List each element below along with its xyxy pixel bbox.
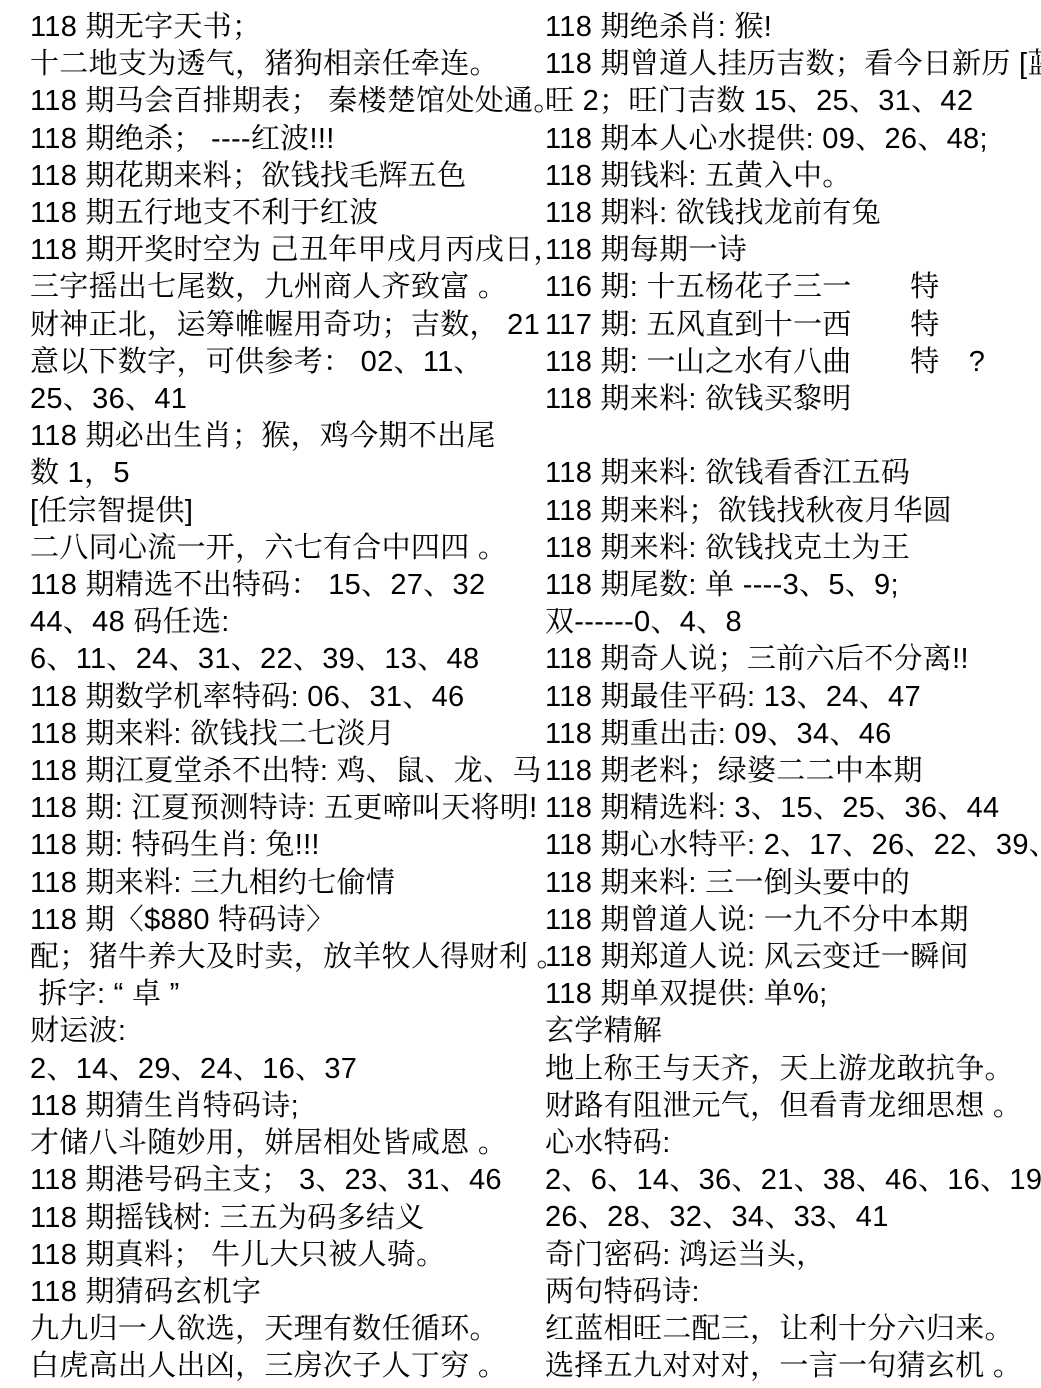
text-line: 二八同心流一开，六七有合中四四 。	[30, 530, 530, 567]
text-line: 118 期钱料: 五黄入中。	[545, 158, 1037, 195]
text-line: 118 期: 江夏预测特诗: 五更啼叫天将明!	[30, 790, 530, 827]
text-line: [任宗智提供]	[30, 493, 530, 530]
text-line: 十二地支为透气，猪狗相亲任牵连。	[30, 46, 530, 83]
text-line: 三字摇出七尾数，九州商人齐致富 。	[30, 269, 530, 306]
text-line: 118 期〈$880 特码诗〉	[30, 902, 530, 939]
text-line: 118 期老料；绿婆二二中本期	[545, 753, 1037, 790]
text-line: 白虎高出人出凶，三房次子人丁穷 。	[30, 1348, 530, 1385]
left-column: 118 期无字天书；十二地支为透气，猪狗相亲任牵连。118 期马会百排期表； 秦…	[30, 9, 530, 1386]
text-line: 117 期: 五风直到十一西 特	[545, 307, 1037, 344]
text-line: 奇门密码: 鸿运当头，	[545, 1237, 1037, 1274]
text-line: 118 期奇人说；三前六后不分离!!	[545, 641, 1037, 678]
text-line: 财神正北，运筹帷幄用奇功；吉数， 21	[30, 307, 530, 344]
text-line: 118 期曾道人挂历吉数；看今日新历 [蓝波	[545, 46, 1037, 83]
text-line: 双------0、4、8	[545, 604, 1037, 641]
text-line: 118 期开奖时空为 己丑年甲戌月丙戌日，	[30, 232, 530, 269]
text-line: 25、36、41	[30, 381, 530, 418]
text-line: 118 期猜生肖特码诗;	[30, 1088, 530, 1125]
text-line: 118 期精选料: 3、15、25、36、44	[545, 790, 1037, 827]
text-line: 118 期每期一诗	[545, 232, 1037, 269]
text-line: 旺 2；旺门吉数 15、25、31、42	[545, 83, 1037, 120]
text-line: 拆字: “ 卓 ”	[30, 976, 530, 1013]
text-line: 118 期绝杀肖: 猴!	[545, 9, 1037, 46]
text-line: 118 期单双提供: 单%;	[545, 976, 1037, 1013]
text-line: 118 期尾数: 单 ----3、5、9;	[545, 567, 1037, 604]
text-line: 118 期绝杀； ----红波!!!	[30, 121, 530, 158]
text-line: 118 期江夏堂杀不出特: 鸡、鼠、龙、马	[30, 753, 530, 790]
text-line	[545, 418, 1037, 455]
text-line: 118 期数学机率特码: 06、31、46	[30, 679, 530, 716]
text-line: 118 期曾道人说: 一九不分中本期	[545, 902, 1037, 939]
text-line: 118 期五行地支不利于红波	[30, 195, 530, 232]
text-line: 2、14、29、24、16、37	[30, 1051, 530, 1088]
text-line: 118 期心水特平: 2、17、26、22、39、45。	[545, 827, 1037, 864]
text-line: 两句特码诗:	[545, 1274, 1037, 1311]
text-line: 才储八斗随妙用，姘居相处皆咸恩 。	[30, 1125, 530, 1162]
right-column: 118 期绝杀肖: 猴!118 期曾道人挂历吉数；看今日新历 [蓝波旺 2；旺门…	[545, 9, 1037, 1386]
text-line: 118 期真料； 牛儿大只被人骑。	[30, 1237, 530, 1274]
text-line: 118 期马会百排期表； 秦楼楚馆处处通。	[30, 83, 530, 120]
text-line: 116 期: 十五杨花子三一 特	[545, 269, 1037, 306]
text-line: 118 期本人心水提供: 09、26、48;	[545, 121, 1037, 158]
text-line: 118 期摇钱树: 三五为码多结义	[30, 1200, 530, 1237]
text-line: 26、28、32、34、33、41	[545, 1199, 1037, 1236]
text-line: 118 期花期来料；欲钱找毛辉五色	[30, 158, 530, 195]
text-line: 118 期来料: 欲钱找二七淡月	[30, 716, 530, 753]
text-line: 6、11、24、31、22、39、13、48	[30, 641, 530, 678]
text-line: 118 期料: 欲钱找龙前有兔	[545, 195, 1037, 232]
text-line: 118 期无字天书；	[30, 9, 530, 46]
text-line: 财运波:	[30, 1013, 530, 1050]
text-line: 118 期来料: 三一倒头要中的	[545, 865, 1037, 902]
text-line: 数 1，5	[30, 455, 530, 492]
text-line: 九九归一人欲选，天理有数任循环。	[30, 1311, 530, 1348]
text-line: 118 期: 特码生肖: 兔!!!	[30, 827, 530, 864]
text-line: 118 期: 一山之水有八曲 特 ?	[545, 344, 1037, 381]
text-line: 118 期猜码玄机字	[30, 1274, 530, 1311]
text-line: 44、48 码任选:	[30, 604, 530, 641]
text-line: 玄学精解	[545, 1013, 1037, 1050]
text-line: 118 期来料: 欲钱找克土为王	[545, 530, 1037, 567]
text-line: 118 期来料: 欲钱看香江五码	[545, 455, 1037, 492]
text-line: 2、6、14、36、21、38、46、16、19	[545, 1162, 1037, 1199]
text-line: 118 期最佳平码: 13、24、47	[545, 679, 1037, 716]
text-line: 118 期来料: 欲钱买黎明	[545, 381, 1037, 418]
text-line: 118 期来料: 三九相约七偷情	[30, 865, 530, 902]
text-line: 地上称王与天齐，天上游龙敢抗争。	[545, 1051, 1037, 1088]
text-line: 红蓝相旺二配三，让利十分六归来。	[545, 1311, 1037, 1348]
text-line: 选择五九对对对，一言一句猜玄机 。	[545, 1348, 1037, 1385]
text-line: 意以下数字，可供参考： 02、11、	[30, 344, 530, 381]
text-line: 118 期必出生肖；猴，鸡今期不出尾	[30, 418, 530, 455]
text-line: 心水特码:	[545, 1125, 1037, 1162]
text-line: 118 期精选不出特码： 15、27、32	[30, 567, 530, 604]
text-line: 118 期来料；欲钱找秋夜月华圆	[545, 493, 1037, 530]
text-line: 118 期郑道人说: 风云变迁一瞬间	[545, 939, 1037, 976]
text-line: 财路有阻泄元气，但看青龙细思想 。	[545, 1088, 1037, 1125]
tips-sheet-page: 118 期无字天书；十二地支为透气，猪狗相亲任牵连。118 期马会百排期表； 秦…	[0, 0, 1041, 1388]
text-line: 118 期重出击: 09、34、46	[545, 716, 1037, 753]
text-line: 配；猪牛养大及时卖，放羊牧人得财利 。	[30, 939, 530, 976]
text-line: 118 期港号码主支； 3、23、31、46	[30, 1162, 530, 1199]
